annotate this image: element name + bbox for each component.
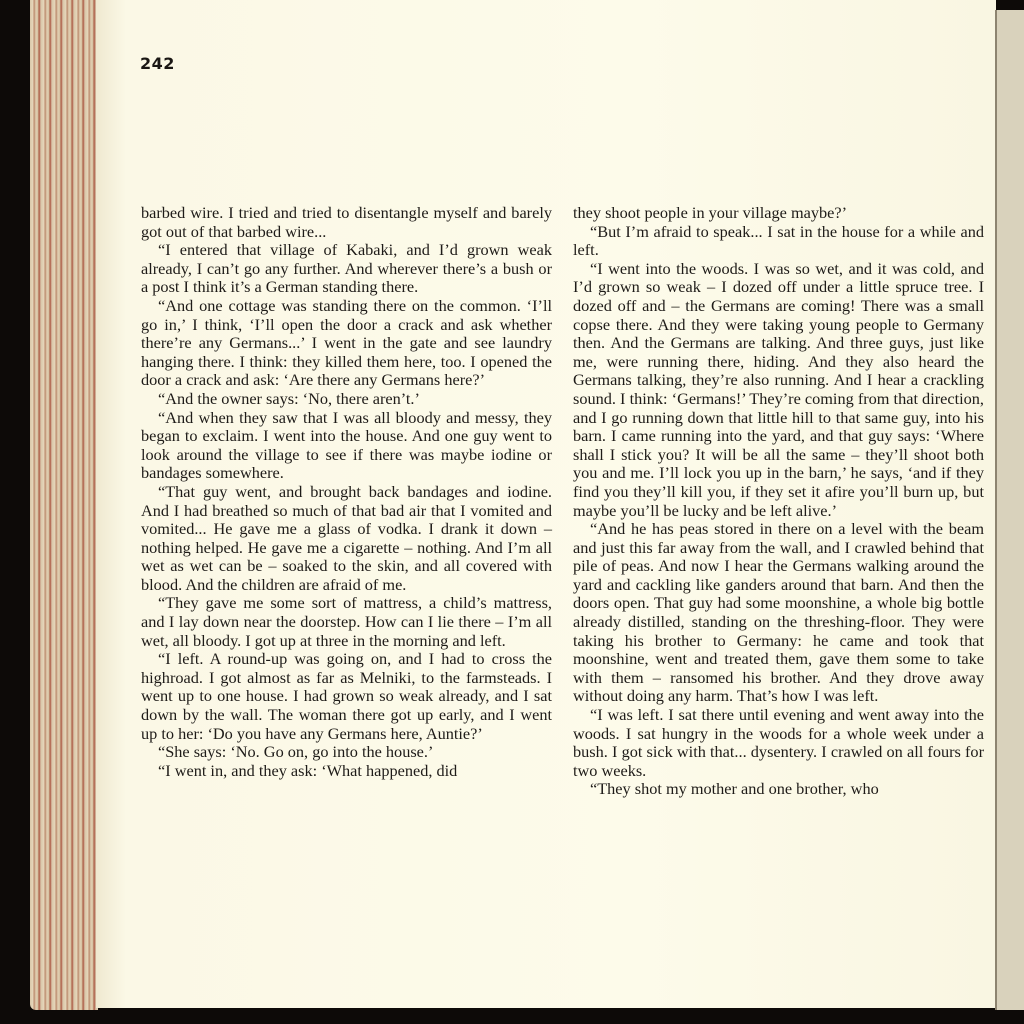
paragraph: “I went into the woods. I was so wet, an… <box>573 260 984 520</box>
paragraph: “And when they saw that I was all bloody… <box>141 409 552 483</box>
paragraph: “And the owner says: ‘No, there aren’t.’ <box>141 390 552 409</box>
paragraph: “I went in, and they ask: ‘What happened… <box>141 762 552 781</box>
paragraph: “But I’m afraid to speak... I sat in the… <box>573 223 984 260</box>
paragraph: “I was left. I sat there until evening a… <box>573 706 984 780</box>
paragraph: they shoot people in your village maybe?… <box>573 204 984 223</box>
paragraph: “That guy went, and brought back bandage… <box>141 483 552 595</box>
book-page-edges <box>30 0 98 1010</box>
paragraph: “I left. A round-up was going on, and I … <box>141 650 552 743</box>
paragraph: “They shot my mother and one brother, wh… <box>573 780 984 799</box>
paragraph: “And he has peas stored in there on a le… <box>573 520 984 706</box>
paragraph: barbed wire. I tried and tried to disent… <box>141 204 552 241</box>
paragraph: “She says: ‘No. Go on, go into the house… <box>141 743 552 762</box>
text-column-right: they shoot people in your village maybe?… <box>573 204 984 799</box>
page-number: 242 <box>140 54 175 73</box>
paragraph: “I entered that village of Kabaki, and I… <box>141 241 552 297</box>
facing-page-edge <box>995 10 1024 1010</box>
paragraph: “And one cottage was standing there on t… <box>141 297 552 390</box>
paragraph: “They gave me some sort of mattress, a c… <box>141 594 552 650</box>
text-column-left: barbed wire. I tried and tried to disent… <box>141 204 552 780</box>
